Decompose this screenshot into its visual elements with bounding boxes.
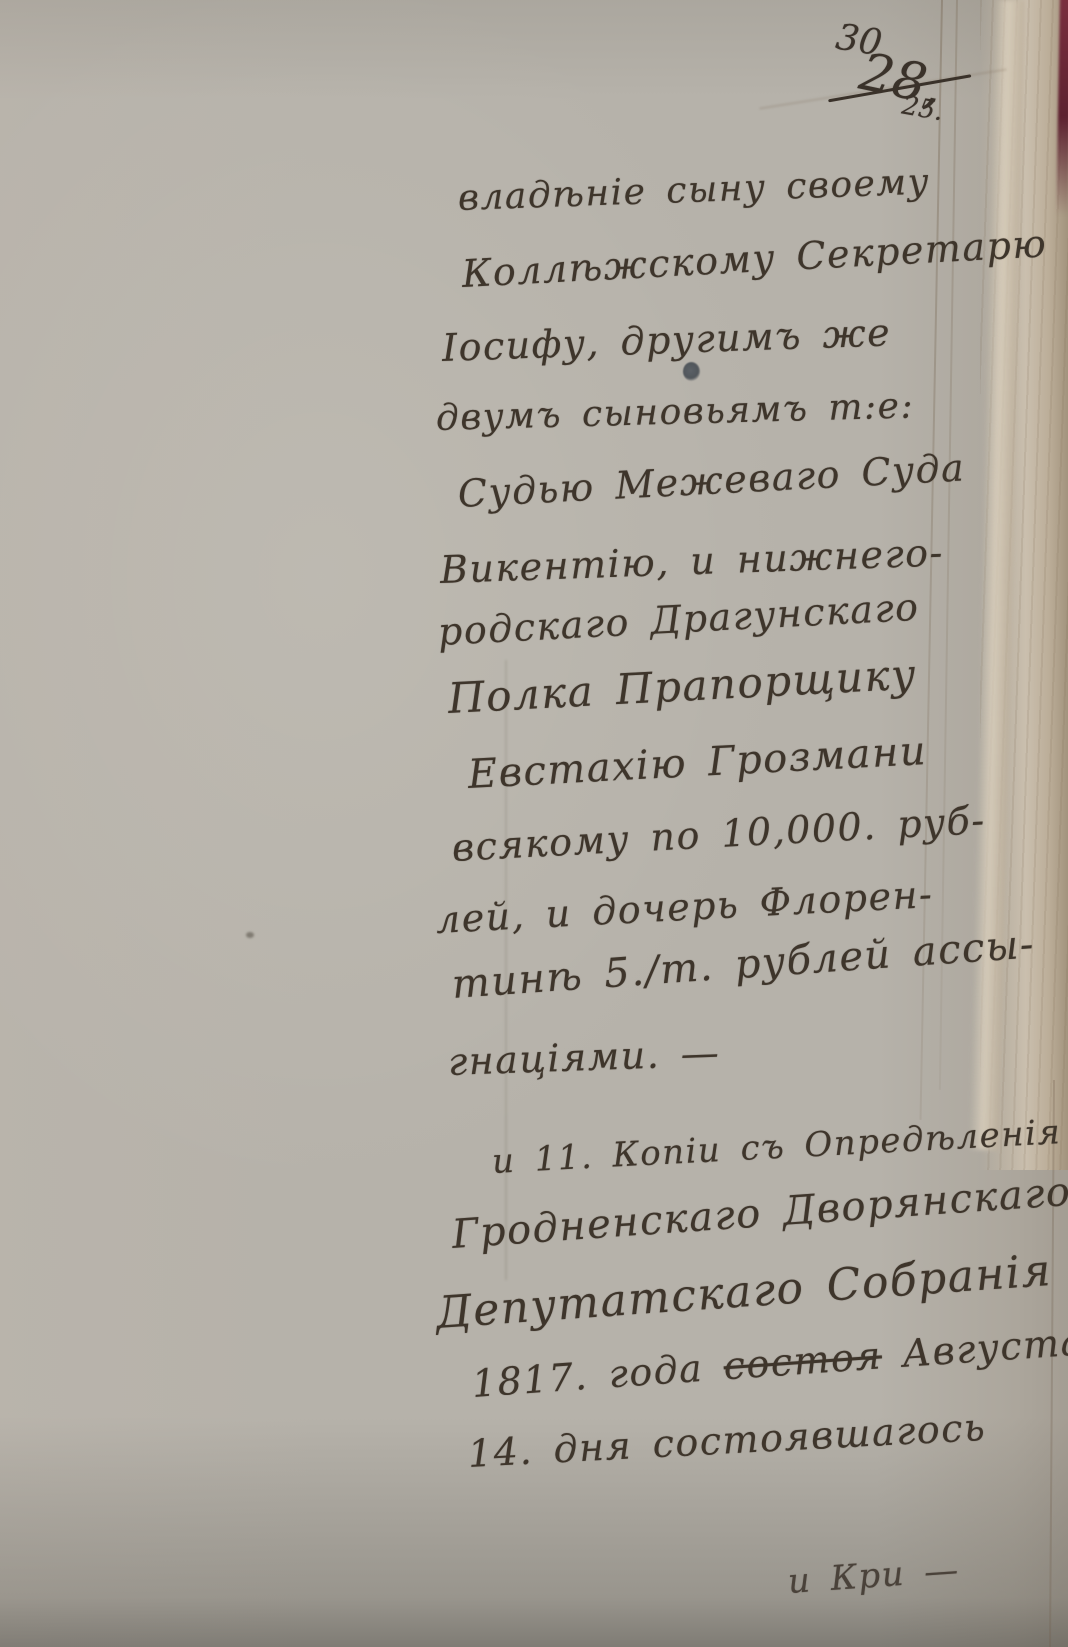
line-date-post: Августа <box>880 1319 1068 1377</box>
manuscript-line: Евстахію Грозмани <box>467 728 928 798</box>
manuscript-line: 14. дня состоявшагось <box>467 1405 987 1476</box>
manuscript-line: Гродненскаго Дворянскаго <box>450 1169 1068 1258</box>
page-fore-edge <box>980 0 1068 1170</box>
line-date-pre: 1817. года <box>470 1344 725 1405</box>
manuscript-line: всякому по 10,000. руб- <box>451 798 987 870</box>
paper-speck <box>246 932 254 938</box>
manuscript-line: двумъ сыновьямъ т:е: <box>435 385 914 439</box>
manuscript-line: Полка Прапорщику <box>447 649 918 723</box>
ink-blot <box>683 362 700 381</box>
manuscript-line: Іосифу, другимъ же <box>441 310 892 370</box>
manuscript-line: владѣніе сыну своему <box>457 162 930 219</box>
manuscript-photo: 30 28, 25. владѣніе сыну своему Коллѣжск… <box>0 0 1068 1647</box>
manuscript-line: Коллѣжскому Секретарю <box>461 221 1048 296</box>
manuscript-line: родскаго Драгунскаго <box>437 585 921 654</box>
catchword: и Кри — <box>787 1550 961 1602</box>
manuscript-line: Судью Межеваго Суда <box>457 445 966 516</box>
manuscript-line: Депутатскаго Собранія <box>434 1245 1053 1339</box>
manuscript-line: гнаціями. — <box>447 1031 721 1084</box>
manuscript-line: лей, и дочерь Флорен- <box>435 872 934 942</box>
struck-word: состоя <box>722 1333 883 1388</box>
folio-number-small: 25. <box>900 91 946 128</box>
manuscript-line: 1817. года состоя Августа <box>470 1319 1068 1406</box>
manuscript-line: и 11. Копіи съ Опредѣленія <box>491 1112 1062 1182</box>
manuscript-line: Викентію, и нижнего- <box>439 530 944 592</box>
